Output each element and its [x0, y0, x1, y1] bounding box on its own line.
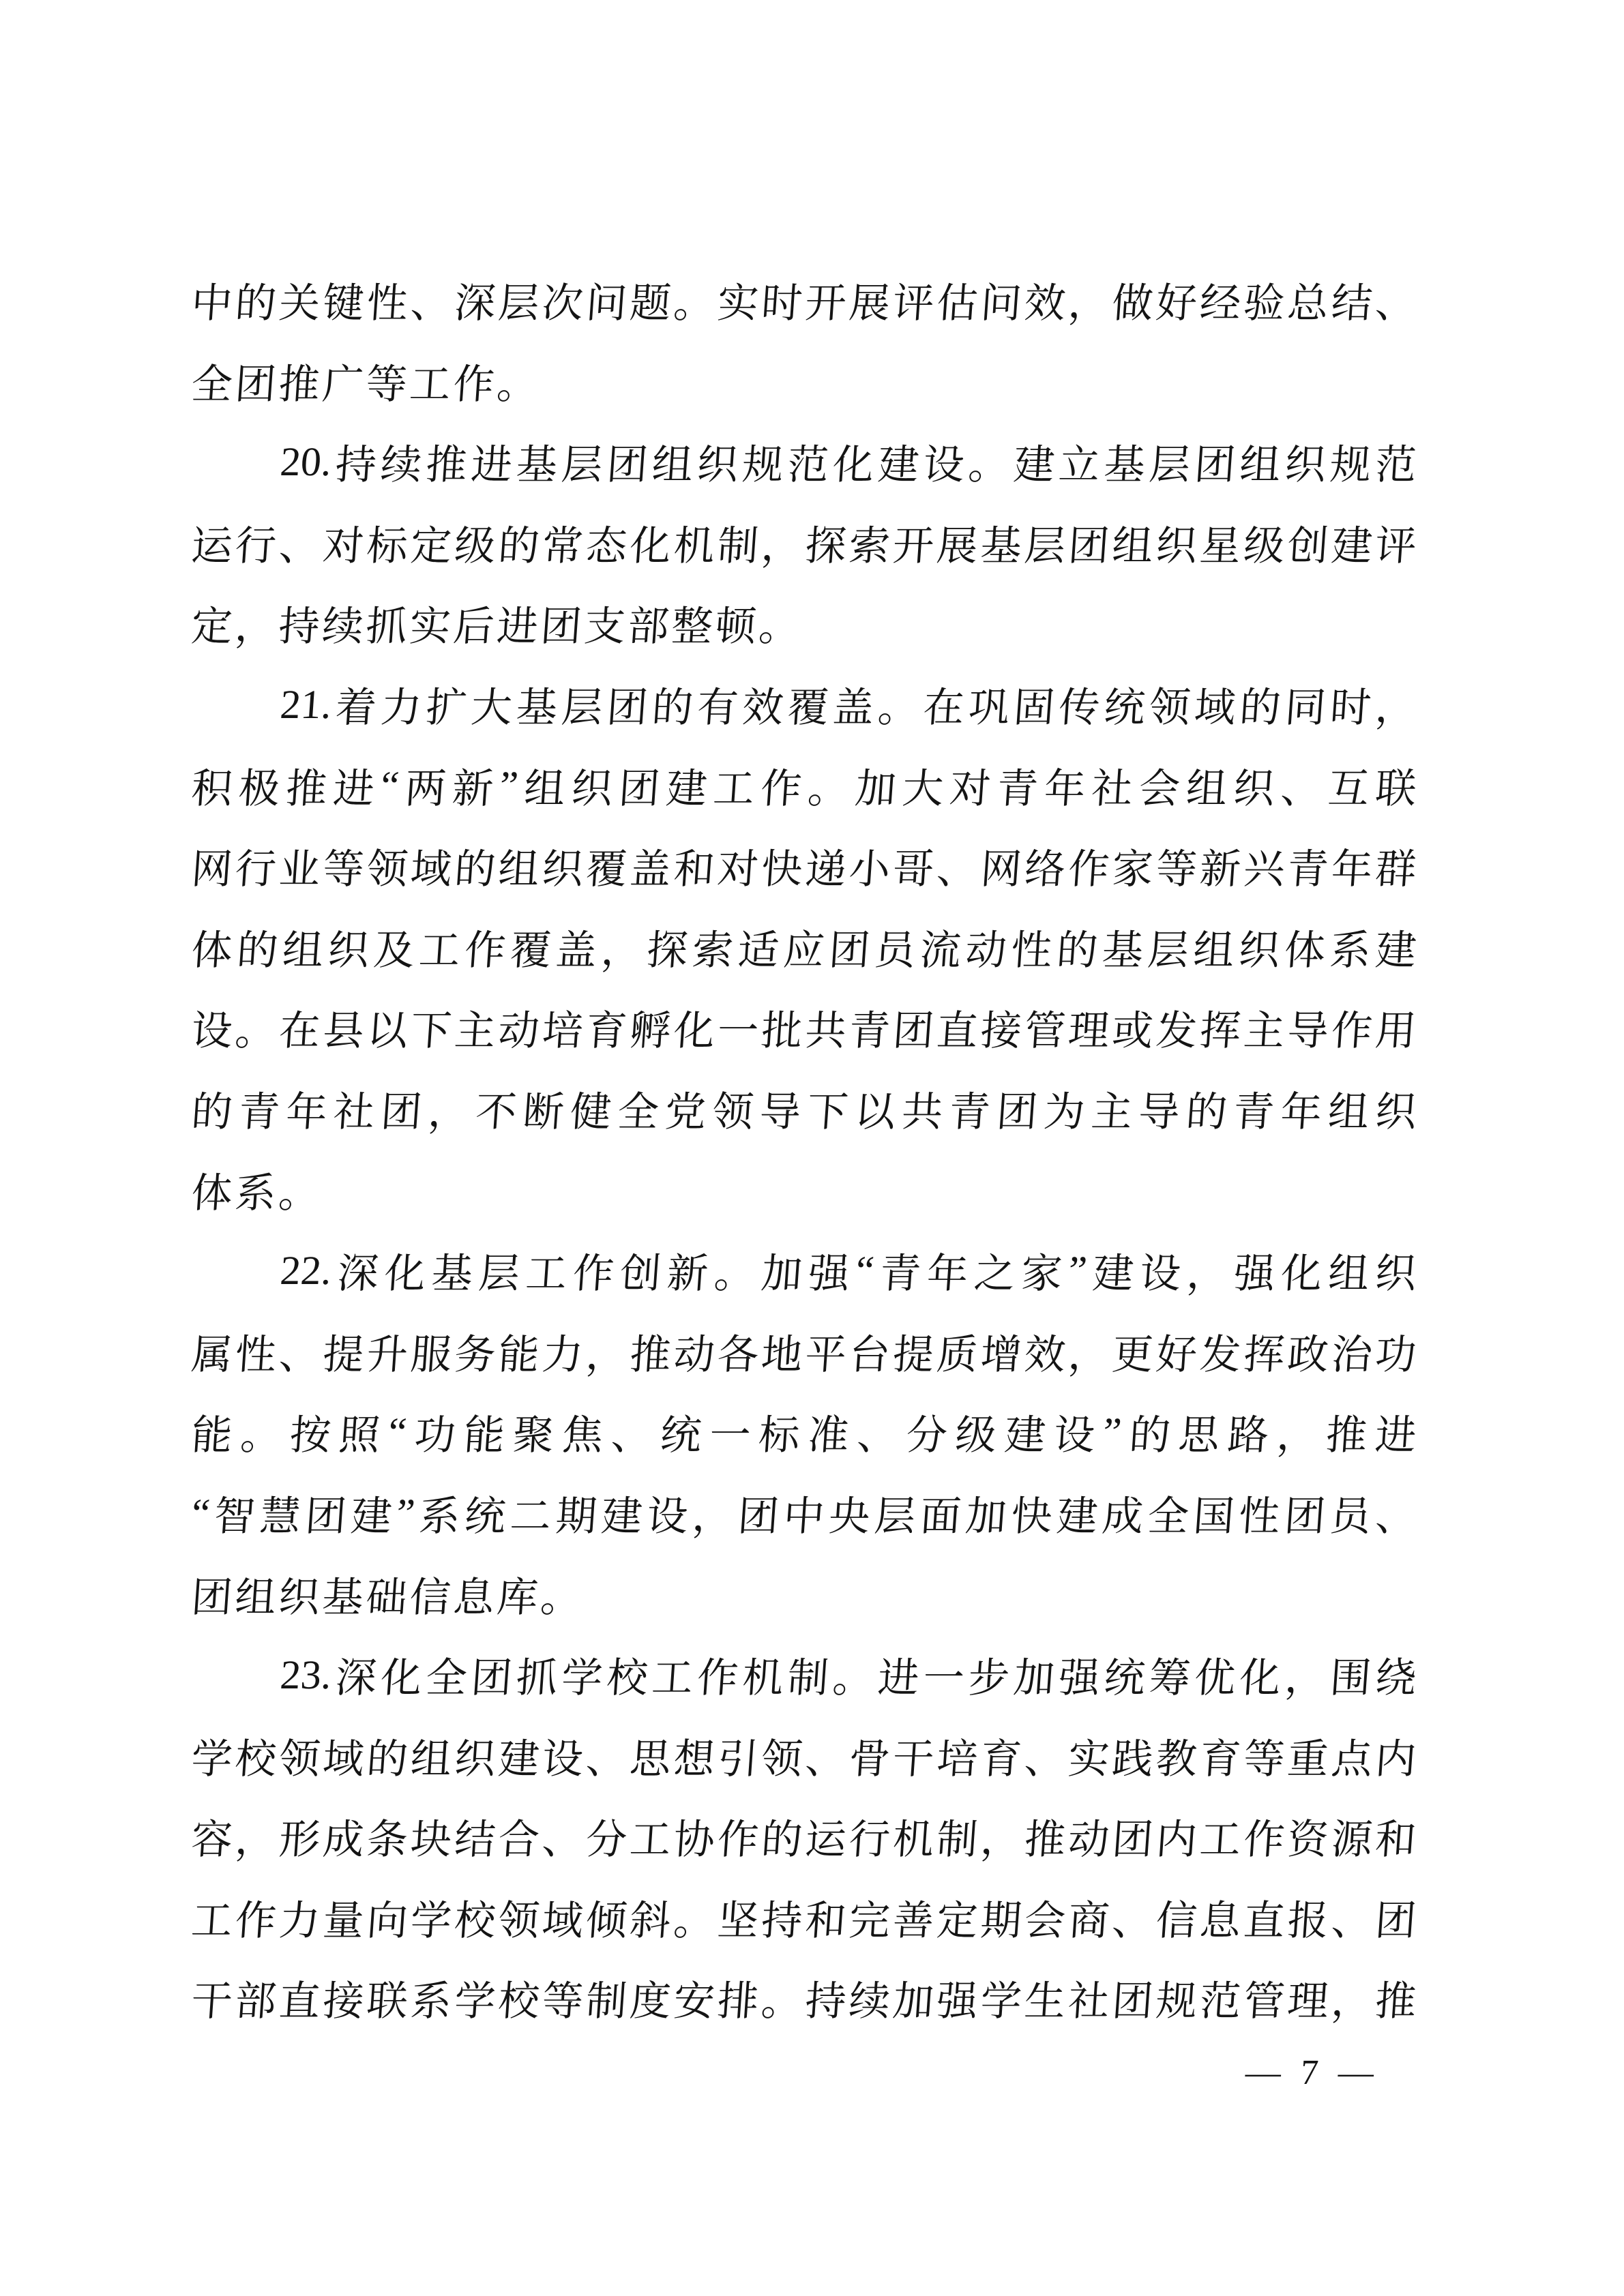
text-token: 下: [409, 999, 454, 1058]
text-token: 、: [609, 1403, 654, 1462]
text-token: 级: [1242, 513, 1287, 572]
text-token: 常: [540, 513, 585, 572]
text-token: 深: [336, 1241, 381, 1300]
text-token: 发: [1198, 1322, 1243, 1381]
text-line: 能。按照“功能聚焦、统一标准、分级建设”的思路，推进: [189, 1392, 1419, 1473]
text-token: 、: [1374, 271, 1419, 329]
text-token: 效: [741, 675, 786, 734]
text-token: 层: [1146, 918, 1191, 976]
text-token: 团: [605, 432, 650, 491]
text-token: 对: [715, 837, 761, 895]
text-token: 、: [935, 837, 980, 895]
text-token: ，: [233, 1808, 278, 1866]
text-token: 工: [1198, 1808, 1243, 1866]
text-token: 行: [233, 513, 278, 572]
text-token: 行: [233, 837, 278, 895]
text-token: 的: [233, 271, 278, 329]
text-token: 经: [1198, 271, 1243, 329]
text-token: 校: [605, 1645, 650, 1704]
text-token: ，: [690, 1484, 735, 1542]
page-number: — 7 —: [1244, 2053, 1380, 2093]
text-token: 础: [364, 1565, 409, 1624]
text-token: 组: [1327, 1241, 1372, 1300]
text-token: ”: [499, 762, 520, 809]
text-token: 验: [1242, 271, 1287, 329]
text-line: 积极推进“两新”组织团建工作。加大对青年社会组织、互联: [189, 745, 1419, 826]
text-token: 进: [469, 432, 514, 491]
text-token: “: [379, 762, 400, 809]
text-token: 中: [782, 1484, 827, 1542]
text-token: 建: [600, 1484, 645, 1542]
text-token: 地: [760, 1322, 805, 1381]
text-token: 组: [1238, 432, 1283, 491]
text-token: 体: [1282, 918, 1327, 976]
text-token: 分: [585, 1808, 630, 1866]
text-token: 按: [288, 1403, 333, 1462]
text-token: 域: [321, 1727, 366, 1785]
text-token: 坚: [715, 1888, 761, 1947]
text-token: 的: [190, 1079, 235, 1138]
text-token: 容: [190, 1808, 235, 1866]
text-token: 台: [847, 1322, 892, 1381]
text-token: 团: [827, 918, 872, 976]
text-token: “: [387, 1409, 408, 1456]
text-token: 年: [1329, 837, 1374, 895]
text-token: 抓: [364, 595, 409, 653]
text-token: 的: [650, 675, 695, 734]
text-token: 进: [331, 756, 377, 815]
text-token: 的: [235, 918, 280, 976]
text-token: 。: [672, 1888, 717, 1947]
text-token: 。: [757, 595, 802, 653]
text-token: 向: [365, 1888, 410, 1947]
text-token: 建: [497, 1727, 542, 1785]
text-token: 固: [1012, 675, 1057, 734]
text-token: 结: [1329, 271, 1374, 329]
text-token: 团: [233, 352, 278, 411]
text-token: 系: [233, 1161, 278, 1219]
text-token: 探: [803, 513, 848, 572]
text-token: 行: [847, 1808, 892, 1866]
text-token: 员: [1328, 1484, 1373, 1542]
text-token: 团: [1110, 1808, 1155, 1866]
text-token: 标: [365, 513, 410, 572]
text-token: 作: [1329, 999, 1374, 1058]
text-token: 断: [521, 1079, 566, 1138]
text-token: 动: [964, 918, 1009, 976]
text-token: 级: [954, 1403, 999, 1462]
text-token: 青: [947, 1079, 992, 1138]
text-token: 新: [1198, 837, 1243, 895]
text-token: 续: [321, 595, 366, 653]
text-token: 源: [1329, 1808, 1374, 1866]
text-token: 动: [497, 999, 542, 1058]
text-token: 主: [1089, 1079, 1134, 1138]
text-line: 全团推广等工作。: [189, 341, 1419, 422]
text-token: 织: [326, 918, 371, 976]
text-token: 筹: [1147, 1645, 1192, 1704]
text-token: 安: [672, 1969, 717, 2028]
text-token: 域: [1193, 675, 1238, 734]
text-token: 政: [1286, 1322, 1331, 1381]
text-token: 传: [1057, 675, 1102, 734]
text-token: 条: [365, 1808, 410, 1866]
text-token: 机: [741, 1645, 786, 1704]
text-token: 的: [1238, 675, 1283, 734]
text-token: 开: [891, 513, 936, 572]
text-line: “智慧团建”系统二期建设，团中央层面加快建成全国性团员、: [189, 1473, 1419, 1554]
text-token: 联: [1374, 756, 1419, 815]
text-token: ，: [600, 918, 645, 976]
text-token: 直: [278, 1969, 323, 2028]
text-token: 、: [409, 271, 454, 329]
text-token: 年: [284, 1079, 329, 1138]
text-token: 升: [365, 1322, 410, 1381]
text-token: 基: [321, 1565, 366, 1624]
text-token: 定: [935, 1888, 980, 1947]
text-token: 资: [1286, 1808, 1331, 1866]
text-token: 哥: [891, 837, 936, 895]
text-token: 建: [664, 756, 709, 815]
text-token: 设: [1138, 1241, 1183, 1300]
text-token: 领: [760, 1727, 805, 1785]
text-token: “: [854, 1247, 875, 1294]
text-token: 或: [1110, 999, 1155, 1058]
text-token: 域: [409, 837, 454, 895]
text-token: 服: [409, 1322, 454, 1381]
text-token: 、: [1329, 1888, 1374, 1947]
text-token: 各: [715, 1322, 761, 1381]
text-token: 顿: [713, 595, 758, 653]
text-token: 等: [1154, 837, 1199, 895]
text-token: 不: [474, 1079, 519, 1138]
text-token: 基: [430, 1241, 475, 1300]
text-token: ，: [760, 513, 805, 572]
text-token: 青: [847, 999, 892, 1058]
text-token: 机: [891, 1808, 936, 1866]
text-token: 范: [786, 432, 831, 491]
text-token: 组: [1326, 1079, 1371, 1138]
text-token: ，: [1374, 675, 1419, 734]
text-token: 总: [1286, 271, 1331, 329]
text-token: 强: [807, 1241, 852, 1300]
text-token: 功: [1374, 1322, 1419, 1381]
text-token: 快: [1009, 1484, 1054, 1542]
text-token: 基: [514, 675, 559, 734]
text-token: 期: [554, 1484, 599, 1542]
text-token: 接: [979, 999, 1024, 1058]
text-token: 织: [1154, 513, 1199, 572]
text-token: 极: [237, 756, 282, 815]
text-token: ”: [1067, 1247, 1088, 1294]
text-token: 网: [190, 837, 235, 895]
text-token: 共: [803, 999, 848, 1058]
text-token: 团: [994, 1079, 1039, 1138]
text-token: 内: [1154, 1808, 1199, 1866]
text-token: 建: [1091, 1241, 1136, 1300]
text-token: 力: [540, 1322, 585, 1381]
text-token: 之: [973, 1241, 1018, 1300]
text-line: 设。在县以下主动培育孵化一批共青团直接管理或发挥主导作用: [189, 987, 1419, 1069]
text-token: 组: [281, 918, 326, 976]
text-token: 主: [453, 999, 498, 1058]
text-token: 时: [760, 271, 805, 329]
text-token: 在: [921, 675, 966, 734]
text-token: ，: [1329, 1969, 1374, 2028]
text-token: 化: [831, 432, 876, 491]
text-token: 运: [803, 1808, 848, 1866]
text-token: 力: [379, 675, 424, 734]
text-token: 创: [1286, 513, 1331, 572]
text-token: 制: [786, 1645, 831, 1704]
text-token: 引: [715, 1727, 761, 1785]
text-token: 创: [618, 1241, 663, 1300]
text-token: 建: [349, 1484, 394, 1542]
text-token: 团: [1282, 1484, 1327, 1542]
text-token: 盖: [554, 918, 599, 976]
text-token: 思: [628, 1727, 673, 1785]
text-token: 导: [1286, 999, 1331, 1058]
text-token: 工: [628, 1808, 673, 1866]
text-line: 体系。: [189, 1150, 1419, 1231]
text-token: 规: [1154, 1969, 1199, 2028]
text-token: 在: [278, 999, 323, 1058]
text-token: 探: [645, 918, 690, 976]
text-token: 群: [1374, 837, 1419, 895]
text-token: 排: [715, 1969, 761, 2028]
text-token: 有: [696, 675, 741, 734]
text-token: 慧: [258, 1484, 303, 1542]
text-token: 化: [383, 1241, 428, 1300]
text-token: 开: [803, 271, 848, 329]
text-token: 的: [497, 513, 542, 572]
text-token: 。: [806, 756, 851, 815]
text-token: 化: [1280, 1241, 1325, 1300]
text-token: 设: [645, 1484, 690, 1542]
text-token: 络: [1022, 837, 1067, 895]
text-token: 推: [1325, 1403, 1370, 1462]
text-token: 治: [1329, 1322, 1374, 1381]
text-token: 关: [278, 271, 323, 329]
text-token: 主: [1242, 999, 1287, 1058]
text-token: 作: [1242, 1808, 1287, 1866]
text-token: 全: [424, 1645, 469, 1704]
text-token: 级: [453, 513, 498, 572]
text-token: 协: [672, 1808, 717, 1866]
text-token: 新: [451, 756, 496, 815]
text-token: 优: [1193, 1645, 1238, 1704]
text-token: 年: [1279, 1079, 1324, 1138]
text-token: 持: [334, 432, 379, 491]
text-token: 作: [571, 1241, 616, 1300]
text-token: 组: [1110, 513, 1155, 572]
text-token: 息: [452, 1565, 497, 1624]
text-token: 性: [1009, 918, 1054, 976]
text-token: 制: [715, 513, 761, 572]
text-token: 导: [1137, 1079, 1182, 1138]
text-token: 工: [650, 1645, 695, 1704]
text-token: 领: [365, 837, 410, 895]
text-token: 等: [540, 1969, 585, 2028]
text-token: 同: [1283, 675, 1328, 734]
text-token: 等: [321, 837, 366, 895]
text-token: 点: [1329, 1727, 1374, 1785]
text-token: 育: [1198, 1727, 1243, 1785]
text-token: 问: [585, 271, 630, 329]
text-token: 管: [1242, 1969, 1287, 2028]
text-token: 工: [417, 918, 462, 976]
text-token: 键: [321, 271, 366, 329]
text-token: 作: [233, 1888, 278, 1947]
text-token: 化: [1238, 1645, 1283, 1704]
text-token: 大: [901, 756, 946, 815]
text-token: 联: [365, 1969, 410, 2028]
text-line: 20.持续推进基层团组织规范化建设。建立基层团组织规范: [189, 421, 1419, 503]
text-token: 团: [1067, 513, 1112, 572]
text-token: ”: [1102, 1409, 1123, 1456]
text-token: 领: [1147, 675, 1192, 734]
document-page: 中的关键性、深层次问题。实时开展评估问效，做好经验总结、全团推广等工作。20.持…: [0, 0, 1624, 2296]
text-token: 团: [190, 1565, 235, 1624]
text-token: 展: [935, 513, 980, 572]
text-token: 加: [760, 1241, 805, 1300]
text-token: 21.: [279, 681, 334, 728]
text-token: 社: [331, 1079, 377, 1138]
text-token: 运: [190, 513, 235, 572]
text-token: ，: [1275, 1403, 1320, 1462]
text-token: 结: [453, 1808, 498, 1866]
text-token: 进: [1374, 1403, 1419, 1462]
text-token: 时: [1328, 675, 1373, 734]
text-token: 持: [803, 1969, 848, 2028]
text-token: 。: [831, 1645, 876, 1704]
text-token: 组: [497, 837, 542, 895]
text-token: 社: [1067, 1969, 1112, 2028]
text-token: 递: [803, 837, 848, 895]
text-token: 直: [1242, 1888, 1287, 1947]
text-token: ，: [585, 1322, 630, 1381]
text-token: 商: [1067, 1888, 1112, 1947]
text-token: 发: [1154, 999, 1199, 1058]
text-token: 及: [372, 918, 417, 976]
text-token: 和: [1374, 1808, 1419, 1866]
text-token: 、: [278, 1322, 323, 1381]
text-token: 为: [1042, 1079, 1087, 1138]
text-token: 系: [1328, 918, 1373, 976]
text-token: 作: [452, 352, 497, 411]
text-token: 加: [891, 1969, 936, 2028]
text-token: 路: [1226, 1403, 1271, 1462]
text-token: 团: [539, 595, 584, 653]
text-token: 全: [190, 352, 235, 411]
text-token: 培: [540, 999, 585, 1058]
text-token: ，: [426, 1079, 471, 1138]
text-token: 工: [408, 352, 453, 411]
text-token: 深: [453, 271, 498, 329]
text-token: ，: [1283, 1645, 1328, 1704]
text-token: ，: [1067, 1322, 1112, 1381]
text-token: 下: [806, 1079, 851, 1138]
text-token: 加: [964, 1484, 1009, 1542]
text-line: 网行业等领域的组织覆盖和对快递小哥、网络作家等新兴青年群: [189, 826, 1419, 907]
text-token: 团: [891, 999, 936, 1058]
text-token: 实: [408, 595, 453, 653]
text-token: 。: [239, 1403, 284, 1462]
text-token: 工: [711, 756, 756, 815]
text-token: 评: [1374, 513, 1419, 572]
text-token: 织: [696, 432, 741, 491]
text-line: 干部直接联系学校等制度安排。持续加强学生社团规范管理，推: [189, 1958, 1419, 2039]
text-token: 评: [891, 271, 936, 329]
text-token: 会: [1137, 756, 1182, 815]
text-token: 成: [1100, 1484, 1145, 1542]
text-token: 统: [659, 1403, 704, 1462]
text-token: 接: [321, 1969, 366, 2028]
text-token: 抓: [514, 1645, 559, 1704]
text-token: 。: [539, 1565, 584, 1624]
text-token: 化: [672, 999, 717, 1058]
text-token: 标: [757, 1403, 802, 1462]
text-token: 团: [469, 1645, 514, 1704]
text-token: 织: [1232, 756, 1277, 815]
text-token: 设: [921, 432, 966, 491]
text-token: 积: [190, 756, 235, 815]
text-token: 家: [1020, 1241, 1065, 1300]
text-token: 、: [803, 1727, 848, 1785]
text-token: 倾: [585, 1888, 630, 1947]
text-token: 建: [1374, 918, 1419, 976]
text-token: 期: [979, 1888, 1024, 1947]
text-token: 能: [190, 1403, 235, 1462]
text-token: 机: [672, 513, 717, 572]
text-token: 对: [948, 756, 993, 815]
text-token: 想: [672, 1727, 717, 1785]
text-token: 的: [1184, 1079, 1229, 1138]
text-token: 更: [1110, 1322, 1155, 1381]
text-token: 作: [463, 918, 508, 976]
text-token: 层: [1022, 513, 1067, 572]
text-token: 面: [918, 1484, 963, 1542]
text-token: 挥: [1242, 1322, 1287, 1381]
text-token: 索: [847, 513, 892, 572]
text-line: 22.深化基层工作创新。加强“青年之家”建设，强化组织: [189, 1230, 1419, 1311]
text-token: 性: [1237, 1484, 1282, 1542]
text-token: 功: [413, 1403, 458, 1462]
text-token: 。: [713, 1241, 758, 1300]
text-token: 属: [190, 1322, 235, 1381]
text-token: ，: [979, 1808, 1024, 1866]
text-token: 、: [1022, 1727, 1067, 1785]
text-token: 整: [670, 595, 715, 653]
text-token: 块: [409, 1808, 454, 1866]
text-line: 的青年社团，不断健全党领导下以共青团为主导的青年组织: [189, 1069, 1419, 1150]
text-token: 以: [853, 1079, 898, 1138]
text-token: 、: [278, 513, 323, 572]
text-token: 斜: [628, 1888, 673, 1947]
text-token: 覆: [508, 918, 553, 976]
text-token: 、: [1110, 1888, 1155, 1947]
text-token: 青: [995, 756, 1040, 815]
text-token: 统: [1102, 675, 1147, 734]
text-token: 组: [233, 1565, 278, 1624]
text-token: 团: [379, 1079, 424, 1138]
text-token: 续: [379, 432, 424, 491]
text-token: 推: [628, 1322, 673, 1381]
text-token: 基: [1102, 432, 1147, 491]
text-token: 规: [741, 432, 786, 491]
text-token: 育: [585, 999, 630, 1058]
text-token: 建: [1329, 513, 1374, 572]
